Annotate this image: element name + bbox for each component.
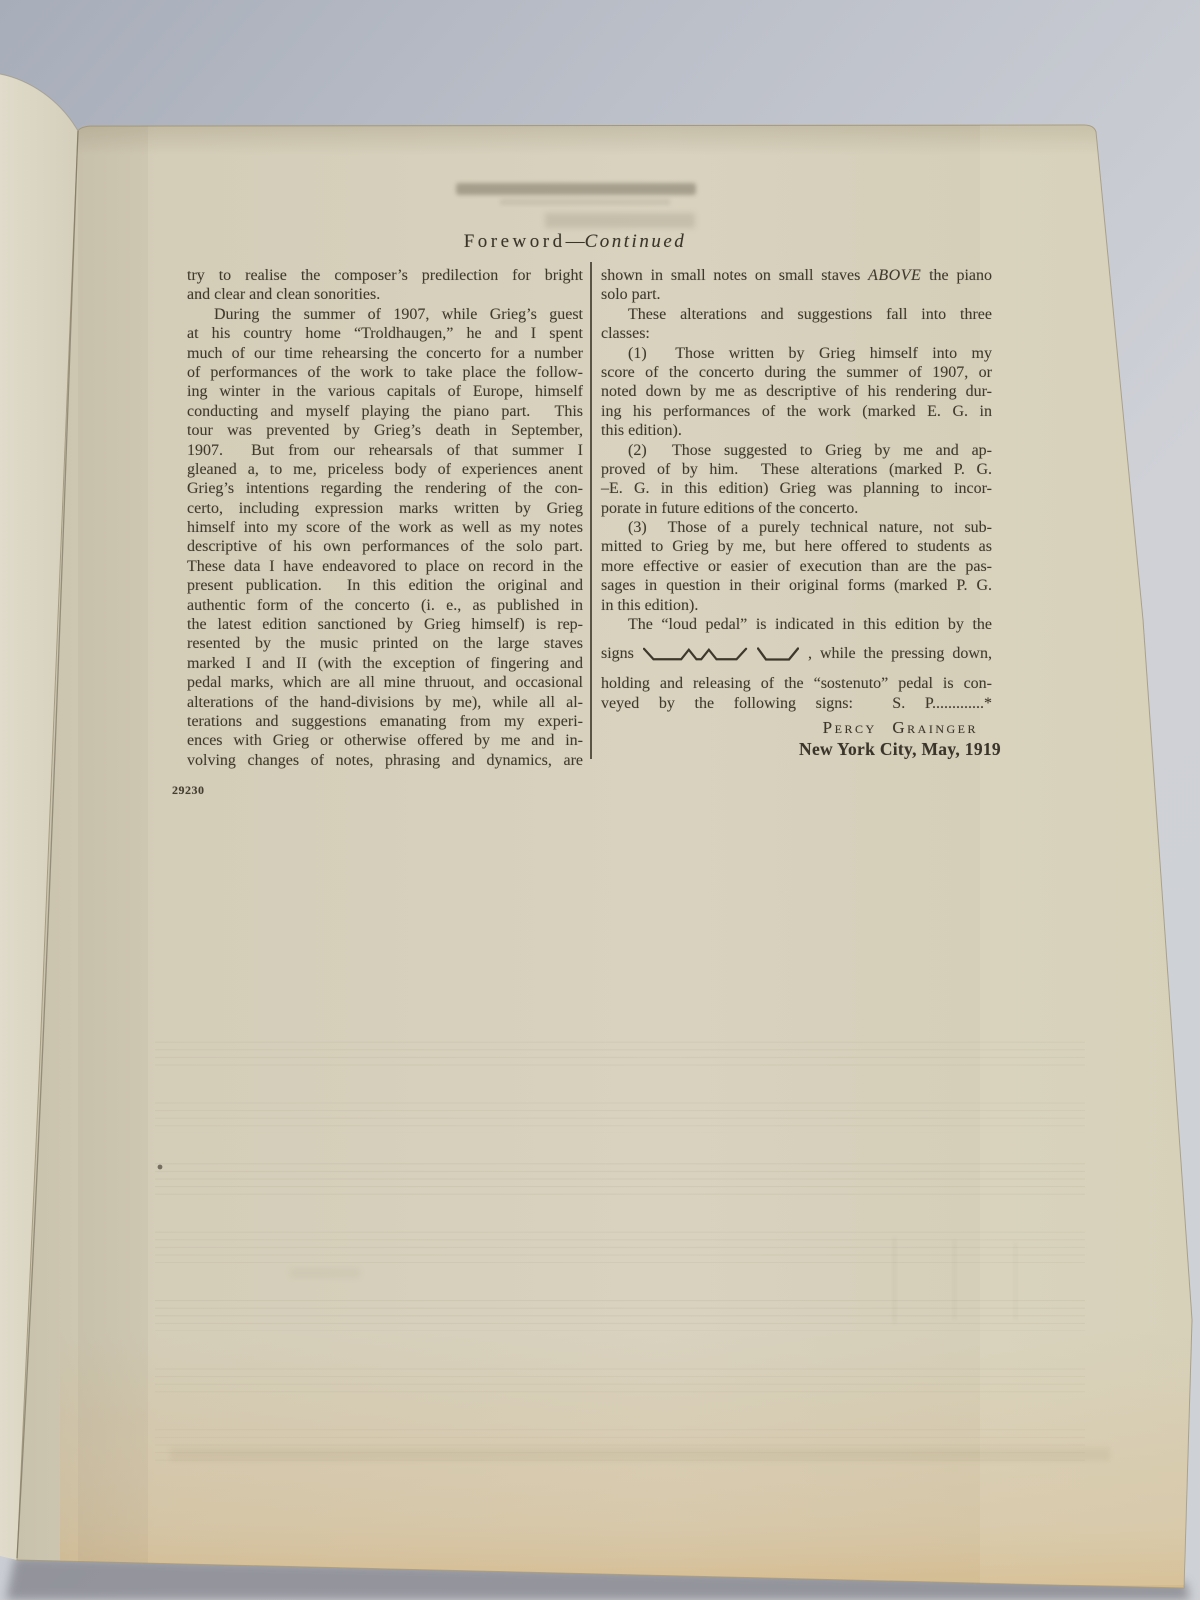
column-divider-rule	[590, 262, 592, 759]
column-left: try to realise the composer’s predilecti…	[187, 266, 583, 770]
text-line: volving changes of notes, phrasing and d…	[187, 751, 583, 770]
text-line: resented by the music printed on the lar…	[187, 634, 583, 653]
page-title: Foreword—Continued	[160, 231, 990, 253]
plate-number: 29230	[172, 783, 205, 798]
text-line: present publication. In this edition the…	[187, 576, 583, 595]
text-line: more effective or easier of execution th…	[601, 557, 992, 576]
text-line: the latest edition sanctioned by Grieg h…	[187, 615, 583, 634]
column-right: shown in small notes on small staves ABO…	[601, 266, 992, 760]
text-line: mitted to Grieg by me, but here offered …	[601, 537, 992, 556]
text-line: 1907. But from our rehearsals of that su…	[187, 441, 583, 460]
text-line: proved of by him. These alterations (mar…	[601, 460, 992, 479]
text-line: terations and suggestions emanating from…	[187, 712, 583, 731]
title-continued: Continued	[585, 231, 687, 252]
text-line: alterations of the hand-divisions by me)…	[187, 693, 583, 712]
text-line: conducting and myself playing the piano …	[187, 402, 583, 421]
pedal-line-prefix: signs	[601, 645, 634, 663]
text-line: noted down by me as descriptive of his r…	[601, 382, 992, 401]
text-line: marked I and II (with the exception of f…	[187, 654, 583, 673]
text-line: Grieg’s intentions regarding the renderi…	[187, 479, 583, 498]
text-line: at his country home “Troldhaugen,” he an…	[187, 324, 583, 343]
text-line: solo part.	[601, 285, 992, 304]
text-line: try to realise the composer’s predilecti…	[187, 266, 583, 285]
text-line: (3) Those of a purely technical nature, …	[601, 518, 992, 537]
text-line: The “loud pedal” is indicated in this ed…	[601, 615, 992, 634]
text-line: in this edition).	[601, 596, 992, 615]
title-dash: —	[566, 231, 585, 252]
text-line: descriptive of his own performances of t…	[187, 537, 583, 556]
text-line: These alterations and suggestions fall i…	[601, 305, 992, 324]
book-page: Foreword—Continued try to realise the co…	[0, 0, 1200, 1600]
title-foreword: Foreword	[464, 231, 566, 252]
text-line: this edition).	[601, 421, 992, 440]
text-line: sages in question in their original form…	[601, 576, 992, 595]
pedal-release-sign-icon	[757, 647, 799, 662]
text-line: (2) Those suggested to Grieg by me and a…	[601, 441, 992, 460]
text-line: These data I have endeavored to place on…	[187, 557, 583, 576]
signature-name: Percy Grainger	[601, 718, 992, 738]
column-right-lines-b: holding and releasing of the “sostenuto”…	[601, 674, 992, 713]
text-line: much of our time rehearsing the concerto…	[187, 344, 583, 363]
text-line: classes:	[601, 324, 992, 343]
text-line: porate in future editions of the concert…	[601, 499, 992, 518]
text-line: score of the concerto during the summer …	[601, 363, 992, 382]
text-line: holding and releasing of the “sostenuto”…	[601, 674, 992, 693]
column-right-lines-a: shown in small notes on small staves ABO…	[601, 266, 992, 634]
text-line: veyed by the following signs: S. P......…	[601, 694, 992, 713]
text-line: –E. G. in this edition) Grieg was planni…	[601, 479, 992, 498]
text-line: ing winter in the various capitals of Eu…	[187, 382, 583, 401]
text-line: certo, including expression marks writte…	[187, 499, 583, 518]
text-line: ences with Grieg or otherwise offered by…	[187, 731, 583, 750]
text-line: gleaned a, to me, priceless body of expe…	[187, 460, 583, 479]
pedal-line-suffix: , while the pressing down,	[808, 645, 992, 663]
text-line: authentic form of the concerto (i. e., a…	[187, 596, 583, 615]
text-line: of performances of the work to take plac…	[187, 363, 583, 382]
loud-pedal-sign-icon	[643, 647, 748, 662]
pedal-sign-line: signs , while the pressing down,	[601, 634, 992, 674]
text-line: (1) Those written by Grieg himself into …	[601, 344, 992, 363]
text-line: tour was prevented by Grieg’s death in S…	[187, 421, 583, 440]
text-line: and clear and clean sonorities.	[187, 285, 583, 304]
text-line: himself into my score of the work as wel…	[187, 518, 583, 537]
text-line: ing his performances of the work (marked…	[601, 402, 992, 421]
text-line: During the summer of 1907, while Grieg’s…	[187, 305, 583, 324]
signature-place-date: New York City, May, 1919	[601, 738, 1001, 760]
text-line: shown in small notes on small staves ABO…	[601, 266, 992, 285]
text-line: pedal marks, which are all mine thruout,…	[187, 673, 583, 692]
book-photo: Foreword—Continued try to realise the co…	[0, 0, 1200, 1600]
